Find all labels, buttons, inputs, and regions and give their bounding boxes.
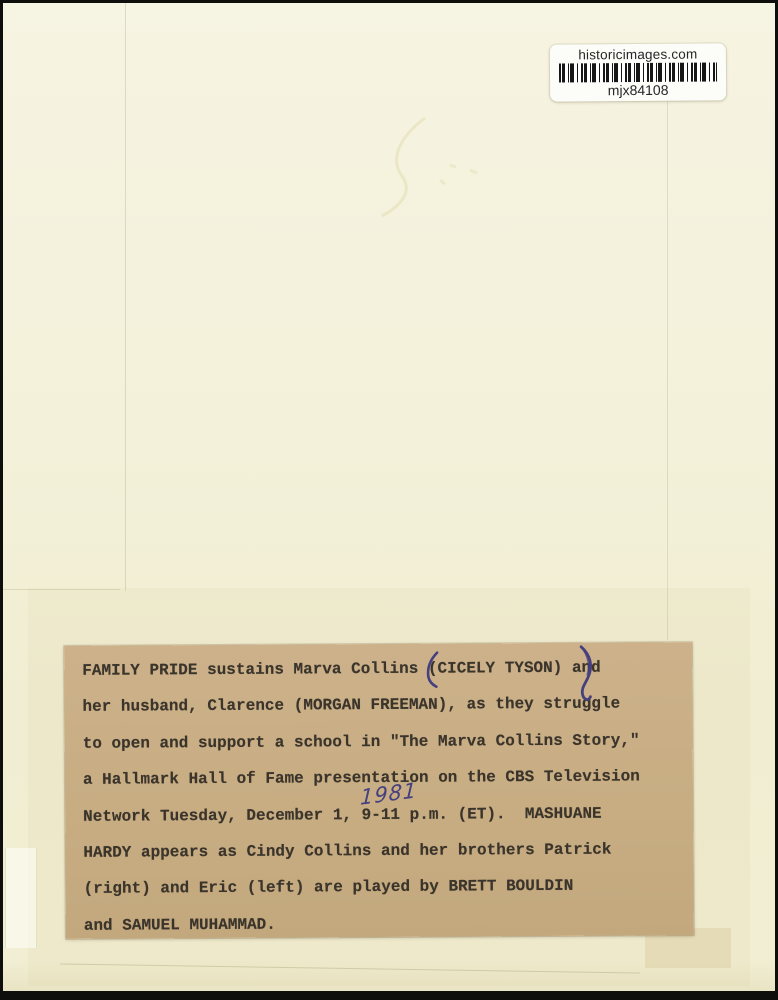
crease-line-horizontal xyxy=(0,589,120,590)
crease-line-vertical-right xyxy=(667,60,668,640)
caption-line: (right) and Eric (left) are played by BR… xyxy=(83,868,693,908)
tape-mark-left xyxy=(5,848,37,948)
caption-line: HARDY appears as Cindy Collins and her b… xyxy=(83,831,693,871)
caption-line: FAMILY PRIDE sustains Marva Collins (CIC… xyxy=(82,649,692,689)
sticker-code-text: mjx84108 xyxy=(608,83,669,98)
caption-slip: FAMILY PRIDE sustains Marva Collins (CIC… xyxy=(64,642,694,939)
sticker-site-text: historicimages.com xyxy=(578,47,697,63)
scan-edge-top xyxy=(0,0,778,3)
crease-line-diagonal-bottom xyxy=(60,963,640,973)
caption-line: and SAMUEL MUHAMMAD. xyxy=(84,904,694,944)
barcode xyxy=(559,62,717,82)
scan-edge-left xyxy=(0,0,3,1000)
barcode-sticker: historicimages.com mjx84108 xyxy=(550,43,726,101)
ink-bleedthrough-mark xyxy=(330,110,530,240)
photo-back-scan: historicimages.com mjx84108 FAMILY PRIDE… xyxy=(0,0,778,1000)
caption-line: her husband, Clarence (MORGAN FREEMAN), … xyxy=(82,685,692,725)
scan-edge-bottom xyxy=(0,991,778,1000)
caption-line: to open and support a school in "The Mar… xyxy=(83,722,693,762)
crease-line-vertical-left xyxy=(125,3,126,591)
